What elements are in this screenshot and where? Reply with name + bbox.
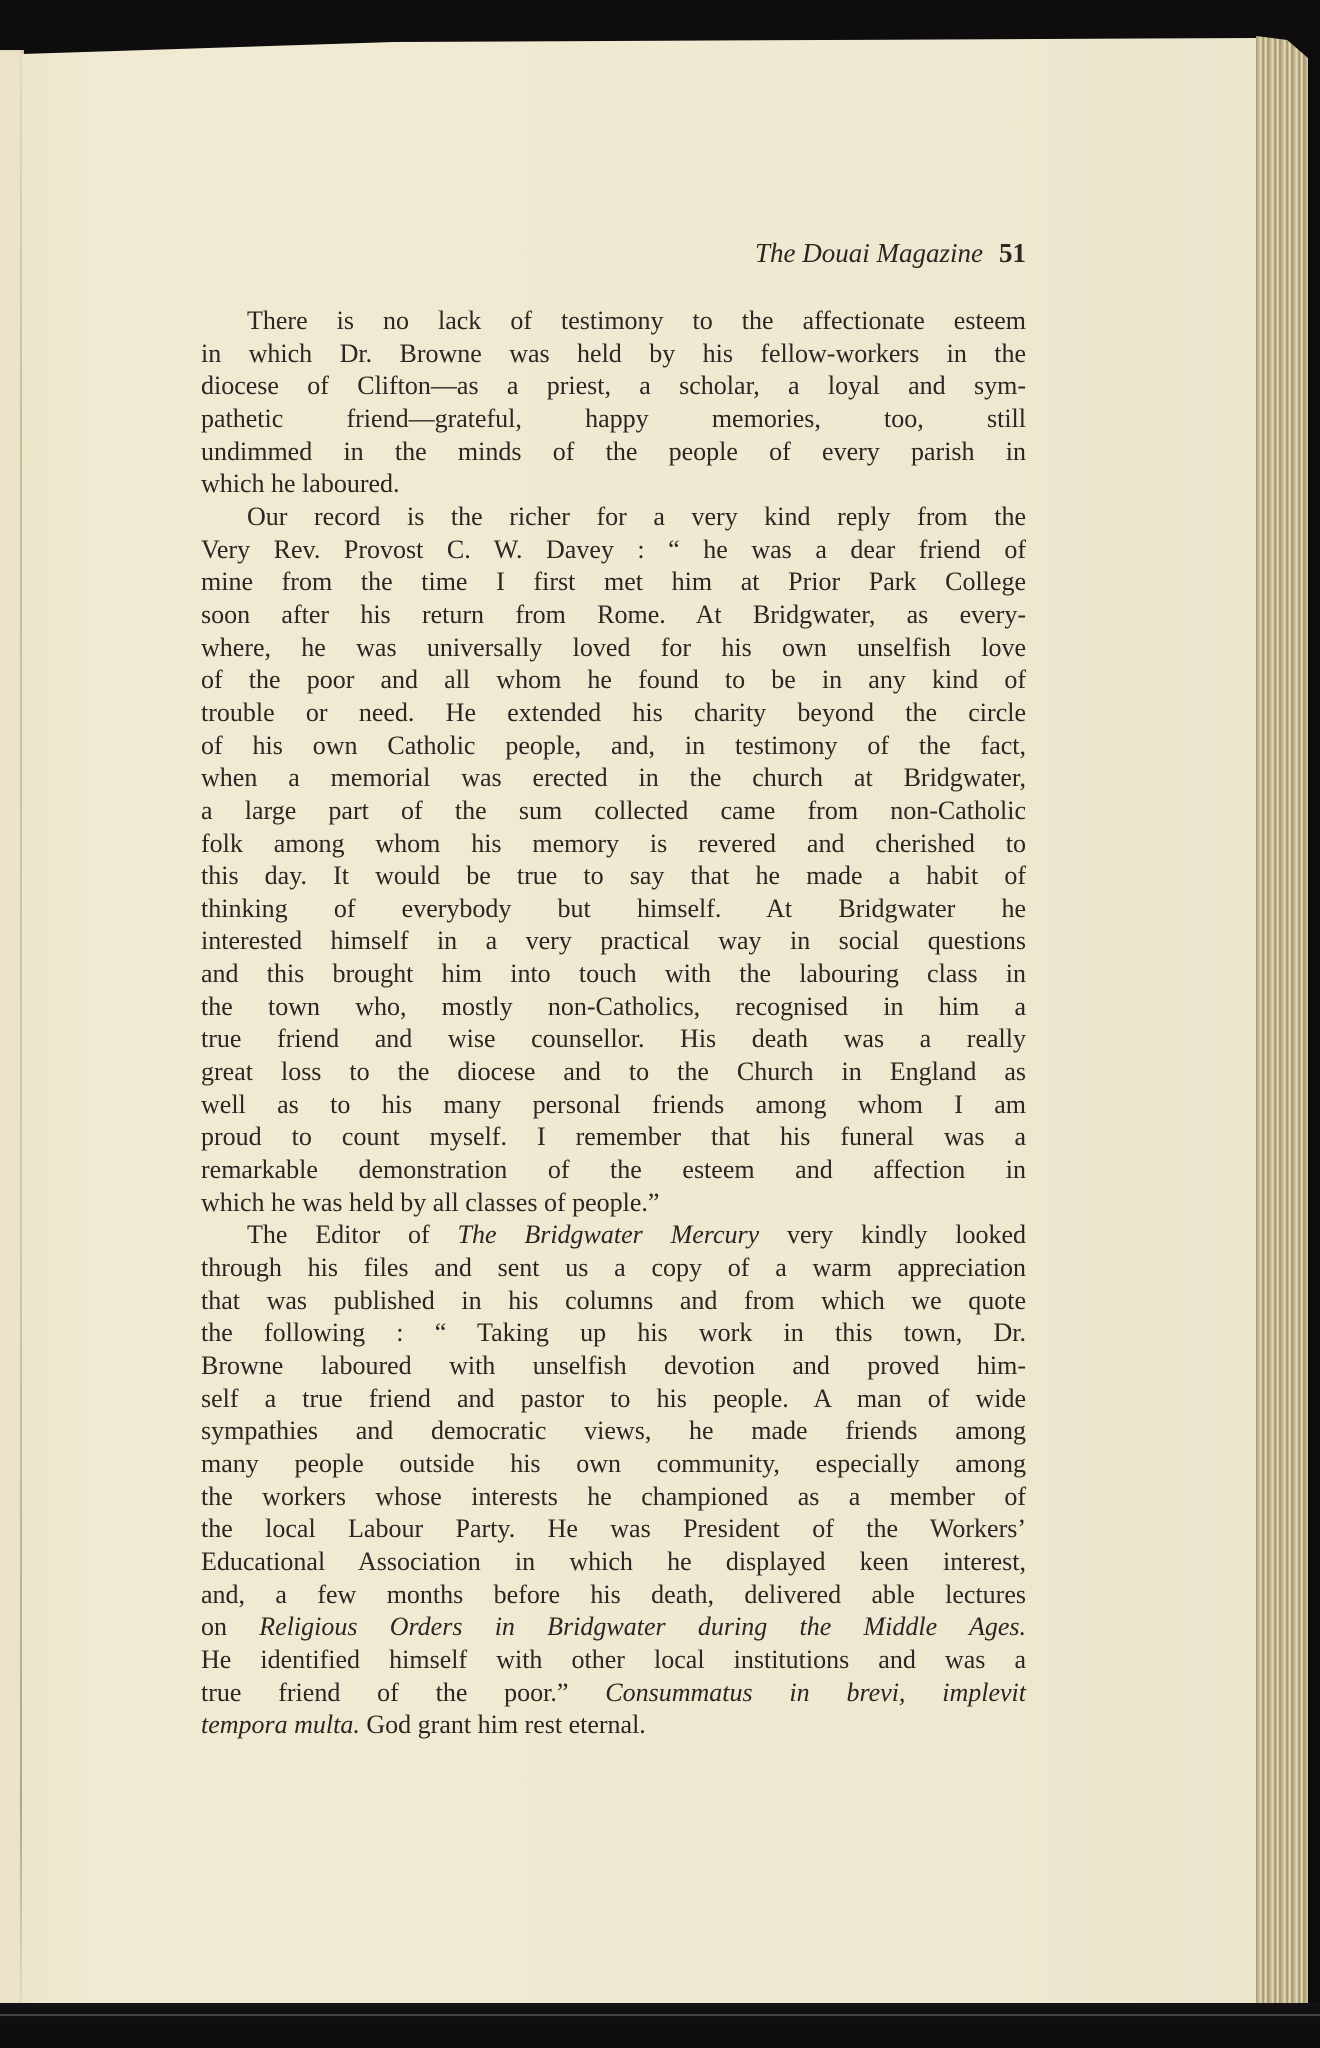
text-run: and this brought him into touch with the… — [201, 959, 1026, 988]
text-line: There is no lack of testimony to the aff… — [201, 305, 1026, 338]
text-line: of the poor and all whom he found to be … — [201, 664, 1026, 697]
text-run: sympathies and democratic views, he made… — [201, 1416, 1026, 1445]
text-run: remarkable demonstration of the esteem a… — [201, 1155, 1026, 1184]
text-run: mine from the time I first met him at Pr… — [201, 567, 1026, 596]
text-line: true friend and wise counsellor. His dea… — [201, 1023, 1026, 1056]
text-run: true friend of the poor.” — [201, 1678, 605, 1707]
text-line: and this brought him into touch with the… — [201, 958, 1026, 991]
text-run: There is no lack of testimony to the aff… — [247, 306, 1026, 335]
text-run: diocese of Clifton—as a priest, a schola… — [201, 371, 1026, 400]
text-line: folk among whom his memory is revered an… — [201, 828, 1026, 861]
text-line: on Religious Orders in Bridgwater during… — [201, 1611, 1026, 1644]
page-block-edges — [1256, 36, 1308, 2004]
running-head: The Douai Magazine51 — [640, 238, 1026, 269]
text-line: tempora multa. God grant him rest eterna… — [201, 1709, 1026, 1742]
italic-text: Religious Orders in Bridgwater during th… — [259, 1612, 1026, 1641]
text-line: the following : “ Taking up his work in … — [201, 1317, 1026, 1350]
text-run: which he was held by all classes of peop… — [201, 1188, 659, 1217]
paragraph: There is no lack of testimony to the aff… — [201, 305, 1026, 501]
text-line: pathetic friend—grateful, happy memories… — [201, 403, 1026, 436]
text-line: sympathies and democratic views, he made… — [201, 1415, 1026, 1448]
text-run: well as to his many personal friends amo… — [201, 1090, 1026, 1119]
text-line: which he was held by all classes of peop… — [201, 1187, 1026, 1220]
text-run: undimmed in the minds of the people of e… — [201, 437, 1026, 466]
text-run: this day. It would be true to say that h… — [201, 861, 1026, 890]
text-line: The Editor of The Bridgwater Mercury ver… — [201, 1219, 1026, 1252]
article-body: There is no lack of testimony to the aff… — [201, 305, 1026, 1742]
text-run: of the poor and all whom he found to be … — [201, 665, 1026, 694]
text-run: He identified himself with other local i… — [201, 1645, 1026, 1674]
text-line: a large part of the sum collected came f… — [201, 795, 1026, 828]
text-run: the workers whose interests he champione… — [201, 1482, 1026, 1511]
text-run: Educational Association in which he disp… — [201, 1547, 1026, 1576]
text-run: on — [201, 1612, 259, 1641]
italic-text: Consummatus in brevi, implevit — [605, 1678, 1026, 1707]
text-line: in which Dr. Browne was held by his fell… — [201, 338, 1026, 371]
text-run: Browne laboured with unselfish devotion … — [201, 1351, 1026, 1380]
book-cover-bottom — [0, 2003, 1320, 2048]
text-line: when a memorial was erected in the churc… — [201, 762, 1026, 795]
text-run: Our record is the richer for a very kind… — [247, 502, 1026, 531]
italic-text: tempora multa. — [201, 1710, 360, 1739]
text-run: the following : “ Taking up his work in … — [201, 1318, 1026, 1347]
text-run: through his files and sent us a copy of … — [201, 1253, 1026, 1282]
text-line: undimmed in the minds of the people of e… — [201, 436, 1026, 469]
text-line: soon after his return from Rome. At Brid… — [201, 599, 1026, 632]
text-line: and, a few months before his death, deli… — [201, 1579, 1026, 1612]
text-line: true friend of the poor.” Consummatus in… — [201, 1677, 1026, 1710]
text-run: the local Labour Party. He was President… — [201, 1514, 1026, 1543]
text-run: thinking of everybody but himself. At Br… — [201, 894, 1026, 923]
text-line: great loss to the diocese and to the Chu… — [201, 1056, 1026, 1089]
text-run: a large part of the sum collected came f… — [201, 796, 1026, 825]
italic-text: The Bridgwater Mercury — [458, 1220, 760, 1249]
text-run: folk among whom his memory is revered an… — [201, 829, 1026, 858]
text-run: great loss to the diocese and to the Chu… — [201, 1057, 1026, 1086]
text-line: trouble or need. He extended his charity… — [201, 697, 1026, 730]
text-line: Our record is the richer for a very kind… — [201, 501, 1026, 534]
text-line: proud to count myself. I remember that h… — [201, 1121, 1026, 1154]
text-run: where, he was universally loved for his … — [201, 633, 1026, 662]
text-line: the workers whose interests he champione… — [201, 1481, 1026, 1514]
page-number: 51 — [999, 238, 1026, 268]
text-run: many people outside his own community, e… — [201, 1449, 1026, 1478]
magazine-title: The Douai Magazine — [755, 238, 983, 268]
text-line: of his own Catholic people, and, in test… — [201, 730, 1026, 763]
gutter-fold — [20, 60, 22, 2000]
text-line: many people outside his own community, e… — [201, 1448, 1026, 1481]
text-line: He identified himself with other local i… — [201, 1644, 1026, 1677]
text-line: this day. It would be true to say that h… — [201, 860, 1026, 893]
paragraph: Our record is the richer for a very kind… — [201, 501, 1026, 1219]
text-line: which he laboured. — [201, 468, 1026, 501]
text-run: very kindly looked — [759, 1220, 1026, 1249]
cover-edge-highlight — [0, 2014, 1320, 2016]
text-run: trouble or need. He extended his charity… — [201, 698, 1026, 727]
text-line: well as to his many personal friends amo… — [201, 1089, 1026, 1122]
text-line: mine from the time I first met him at Pr… — [201, 566, 1026, 599]
book-photo: The Douai Magazine51 There is no lack of… — [0, 0, 1320, 2048]
text-line: the local Labour Party. He was President… — [201, 1513, 1026, 1546]
text-line: Browne laboured with unselfish devotion … — [201, 1350, 1026, 1383]
text-run: interested himself in a very practical w… — [201, 926, 1026, 955]
text-run: Very Rev. Provost C. W. Davey : “ he was… — [201, 535, 1026, 564]
text-line: interested himself in a very practical w… — [201, 925, 1026, 958]
text-line: thinking of everybody but himself. At Br… — [201, 893, 1026, 926]
text-line: through his files and sent us a copy of … — [201, 1252, 1026, 1285]
text-run: God grant him rest eternal. — [360, 1710, 646, 1739]
text-run: soon after his return from Rome. At Brid… — [201, 600, 1026, 629]
text-run: which he laboured. — [201, 469, 400, 498]
text-line: the town who, mostly non-Catholics, reco… — [201, 991, 1026, 1024]
text-run: proud to count myself. I remember that h… — [201, 1122, 1026, 1151]
text-run: of his own Catholic people, and, in test… — [201, 731, 1026, 760]
paragraph: The Editor of The Bridgwater Mercury ver… — [201, 1219, 1026, 1742]
text-line: that was published in his columns and fr… — [201, 1285, 1026, 1318]
text-line: diocese of Clifton—as a priest, a schola… — [201, 370, 1026, 403]
text-line: remarkable demonstration of the esteem a… — [201, 1154, 1026, 1187]
text-run: and, a few months before his death, deli… — [201, 1580, 1026, 1609]
text-run: that was published in his columns and fr… — [201, 1286, 1026, 1315]
text-run: in which Dr. Browne was held by his fell… — [201, 339, 1026, 368]
text-run: when a memorial was erected in the churc… — [201, 763, 1026, 792]
text-run: self a true friend and pastor to his peo… — [201, 1384, 1026, 1413]
text-line: Very Rev. Provost C. W. Davey : “ he was… — [201, 534, 1026, 567]
text-line: Educational Association in which he disp… — [201, 1546, 1026, 1579]
text-line: self a true friend and pastor to his peo… — [201, 1383, 1026, 1416]
text-run: pathetic friend—grateful, happy memories… — [201, 404, 1026, 433]
text-run: the town who, mostly non-Catholics, reco… — [201, 992, 1026, 1021]
text-run: The Editor of — [247, 1220, 458, 1249]
text-line: where, he was universally loved for his … — [201, 632, 1026, 665]
text-run: true friend and wise counsellor. His dea… — [201, 1024, 1026, 1053]
